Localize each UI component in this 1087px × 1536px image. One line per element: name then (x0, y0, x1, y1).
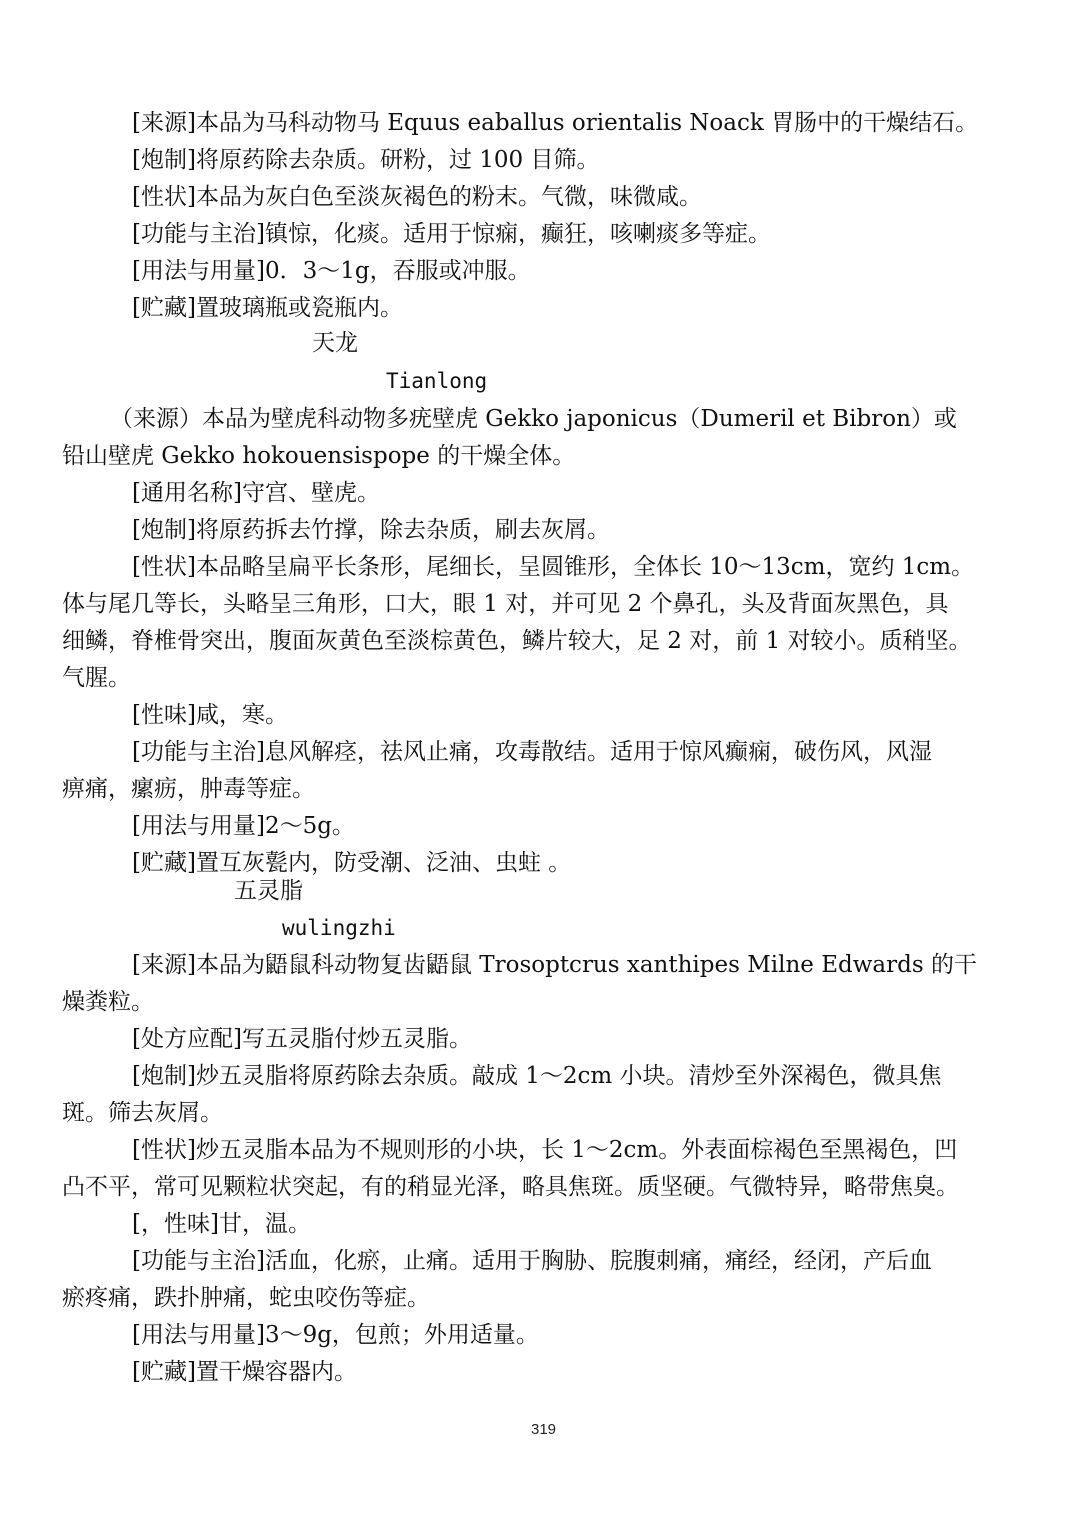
text-line: [，性味]甘，温。 (132, 1209, 311, 1239)
text-line: [炮制]炒五灵脂将原药除去杂质。敲成 1～2cm 小块。清炒至外深褐色，微具焦 (132, 1061, 942, 1091)
entry-title-pinyin: wulingzhi (282, 913, 396, 943)
text-line: 气腥。 (62, 663, 131, 693)
entry-title-cn: 天龙 (312, 328, 358, 358)
text-line: [炮制]将原药拆去竹撑，除去杂质，刷去灰屑。 (132, 515, 610, 545)
text-line: [性状]本品略呈扁平长条形，尾细长，呈圆锥形，全体长 10～13cm，宽约 1c… (132, 552, 974, 582)
text-line: [贮藏]置互灰甏内，防受潮、泛油、虫蛀 。 (132, 848, 571, 878)
text-line: [贮藏]置干燥容器内。 (132, 1357, 357, 1387)
text-line: 铅山壁虎 Gekko hokouensispope 的干燥全体。 (62, 441, 575, 471)
text-line: [性状]炒五灵脂本品为不规则形的小块，长 1～2cm。外表面棕褐色至黑褐色，凹 (132, 1135, 957, 1165)
text-line: [来源]本品为鼯鼠科动物复齿鼯鼠 Trosoptcrus xanthipes M… (132, 950, 977, 980)
document-page: [来源]本品为马科动物马 Equus eaballus orientalis N… (0, 0, 1087, 1536)
text-line: [炮制]将原药除去杂质。研粉，过 100 目筛。 (132, 145, 599, 175)
text-line: [性状]本品为灰白色至淡灰褐色的粉末。气微，味微咸。 (132, 182, 702, 212)
entry-title-cn: 五灵脂 (234, 876, 303, 906)
text-line: [处方应配]写五灵脂付炒五灵脂。 (132, 1024, 472, 1054)
text-line: [通用名称]守宫、壁虎。 (132, 478, 380, 508)
text-line: 细鳞，脊椎骨突出，腹面灰黄色至淡棕黄色，鳞片较大，足 2 对，前 1 对较小。质… (62, 626, 972, 656)
entry-title-pinyin: Tianlong (386, 366, 487, 396)
text-line: 痹痛，瘰疬，肿毒等症。 (62, 774, 315, 804)
text-line: [功能与主治]息风解痉，祛风止痛，攻毒散结。适用于惊风癫痫，破伤风，风湿 (132, 737, 932, 767)
text-line: [用法与用量]0．3～1g，吞服或冲服。 (132, 256, 531, 286)
text-line: [用法与用量]2～5g。 (132, 811, 355, 841)
text-line: [功能与主治]活血，化瘀，止痛。适用于胸胁、脘腹刺痛，痛经，经闭，产后血 (132, 1246, 932, 1276)
text-line: （来源）本品为壁虎科动物多疣壁虎 Gekko japonicus（Dumeril… (110, 404, 957, 434)
text-line: 体与尾几等长，头略呈三角形，口大，眼 1 对，并可见 2 个鼻孔，头及背面灰黑色… (62, 589, 949, 619)
text-line: [贮藏]置玻璃瓶或瓷瓶内。 (132, 293, 403, 323)
text-line: [性味]咸，寒。 (132, 700, 288, 730)
text-line: 燥粪粒。 (62, 987, 154, 1017)
text-line: 瘀疼痛，跌扑肿痛，蛇虫咬伤等症。 (62, 1283, 430, 1313)
page-number: 319 (0, 1421, 1087, 1438)
text-line: [用法与用量]3～9g，包煎；外用适量。 (132, 1320, 539, 1350)
text-line: [功能与主治]镇惊，化痰。适用于惊痫，癫狂，咳喇痰多等症。 (132, 219, 771, 249)
text-line: 斑。筛去灰屑。 (62, 1098, 223, 1128)
text-line: 凸不平，常可见颗粒状突起，有的稍显光泽，略具焦斑。质坚硬。气微特异，略带焦臭。 (62, 1172, 959, 1202)
text-line: [来源]本品为马科动物马 Equus eaballus orientalis N… (132, 108, 978, 138)
